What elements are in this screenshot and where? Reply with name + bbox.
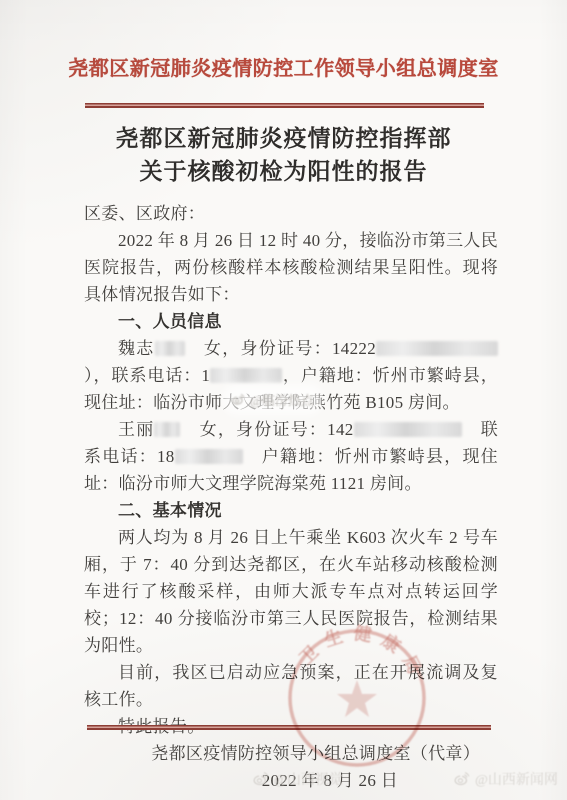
document-photo: 尧都区新冠肺炎疫情防控工作领导小组总调度室 尧都区新冠肺炎疫情防控指挥部 关于核… [0, 0, 567, 800]
title-line-2: 关于核酸初检为阳性的报告 [0, 155, 567, 188]
redaction-blur [354, 422, 462, 437]
title-line-1: 尧都区新冠肺炎疫情防控指挥部 [0, 122, 567, 155]
redaction-blur [154, 422, 180, 437]
date-line: 2022 年 8 月 26 日 [84, 767, 498, 794]
body-paragraph: 目前，我区已启动应急预案，正在开展流调及复核工作。 [84, 659, 498, 713]
document-title: 尧都区新冠肺炎疫情防控指挥部 关于核酸初检为阳性的报告 [0, 122, 567, 188]
redaction-blur [155, 341, 185, 356]
signature-line: 尧都区疫情防控领导小组总调度室（代章） [84, 740, 498, 767]
body-paragraph: 两人均为 8 月 26 日上午乘坐 K603 次火车 2 号车厢，于 7：40 … [84, 524, 498, 659]
document-body: 区委、区政府： 2022 年 8 月 26 日 12 时 40 分，接临汾市第三… [84, 200, 498, 794]
red-divider-bottom [87, 725, 491, 730]
paragraphs-container: 2022 年 8 月 26 日 12 时 40 分，接临汾市第三人民医院报告，两… [84, 227, 498, 740]
body-paragraph: 王丽 女，身份证号：142 联系电话：18 户籍地：忻州市繁峙县，现住址：临汾市… [84, 416, 498, 497]
section-heading: 二、基本情况 [84, 497, 498, 524]
redaction-blur [175, 449, 243, 464]
redaction-blur [376, 341, 498, 356]
redaction-blur [210, 368, 282, 383]
red-divider-top [85, 103, 484, 108]
issuing-office-header: 尧都区新冠肺炎疫情防控工作领导小组总调度室 [0, 52, 567, 81]
body-paragraph: 魏志 女，身份证号：14222），联系电话：1，户籍地：忻州市繁峙县，现住址：临… [84, 335, 498, 416]
body-paragraph: 2022 年 8 月 26 日 12 时 40 分，接临汾市第三人民医院报告，两… [84, 227, 498, 308]
salutation: 区委、区政府： [84, 200, 498, 227]
section-heading: 一、人员信息 [84, 308, 498, 335]
